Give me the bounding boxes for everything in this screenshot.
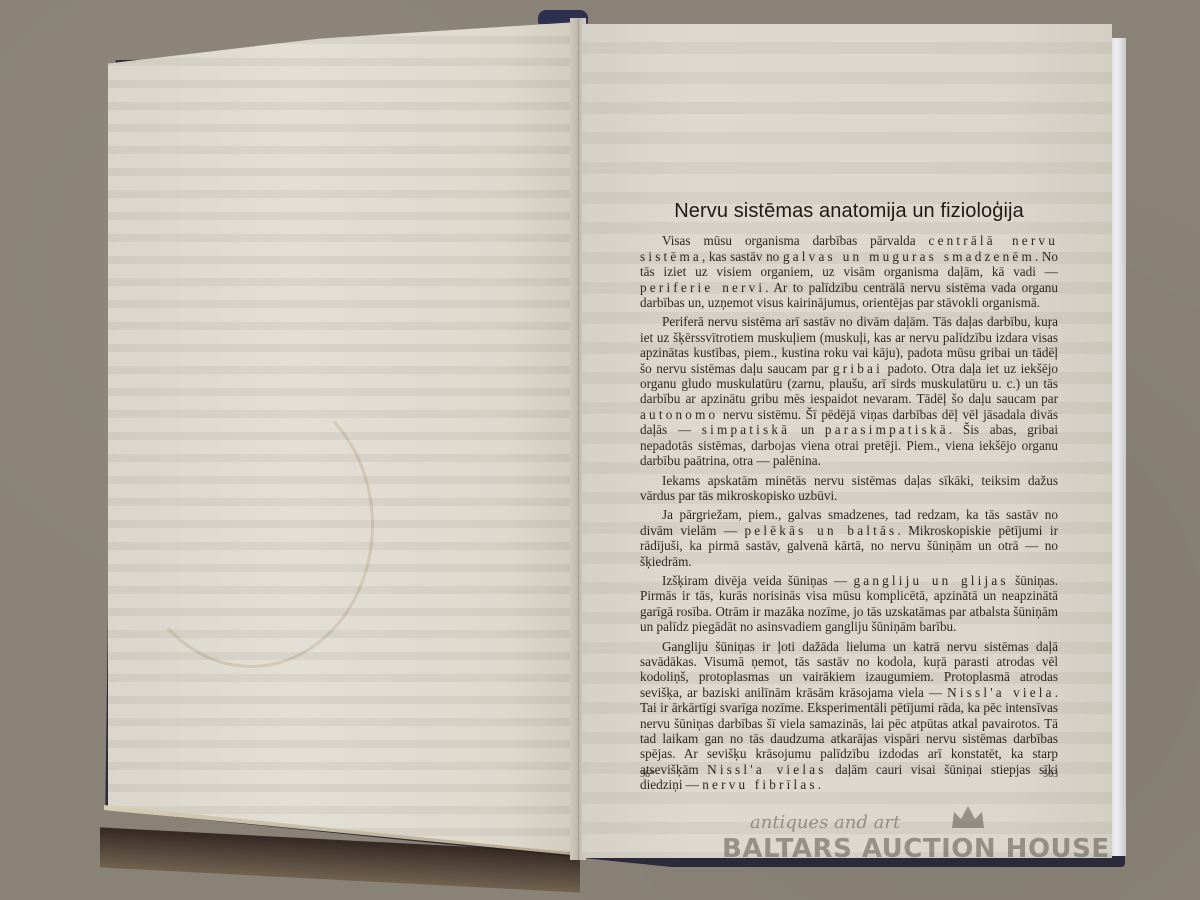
left-page-blank [108,22,578,852]
emphasized-term: periferie nervi [640,280,765,295]
page-footer: 36* 563 [640,769,1058,780]
watermark: antiques and art BALTARS AUCTION HOUSE [722,808,1122,863]
paragraph: Ja pārgriežam, piem., galvas smadzenes, … [640,507,1058,569]
paragraph: Visas mūsu organisma darbības pārvalda c… [640,233,1058,310]
chapter-title: Nervu sistēmas anatomija un fizioloģija [640,204,1058,219]
paragraph: Periferā nervu sistēma arī sastāv no div… [640,314,1058,468]
body-text: Visas mūsu organisma darbības pārvalda c… [640,233,1058,792]
emphasized-term: gangliju un glijas [853,573,1008,588]
page-content: Nervu sistēmas anatomija un fizioloģija … [640,204,1058,793]
signature-mark: 36* [640,769,655,780]
emphasized-term: gribai [833,361,883,376]
page-number: 563 [1043,769,1058,780]
emphasized-term: galvas un muguras smadzenēm [783,249,1035,264]
watermark-tagline: antiques and art [750,812,900,833]
paragraph: Izšķiram divēja veida šūniņas — gangliju… [640,573,1058,635]
right-page: Nervu sistēmas anatomija un fizioloģija … [582,24,1112,858]
text-run: Izšķiram divēja veida šūniņas — [662,573,853,588]
text-run: Visas mūsu organisma darbības pārvalda [662,233,929,248]
water-stain [128,382,374,668]
text-run: , kas sastāv no [702,249,783,264]
emphasized-term: parasimpatiskā [825,422,949,437]
watermark-name: BALTARS AUCTION HOUSE [722,834,1110,864]
emphasized-term: Nissl'a viela [947,685,1055,700]
paragraph: Iekams apskatām minētās nervu sistēmas d… [640,473,1058,504]
crown-icon [950,804,986,830]
emphasized-term: simpatiskā [702,422,790,437]
text-run: Iekams apskatām minētās nervu sistēmas d… [640,473,1058,503]
text-run: un [790,422,825,437]
emphasized-term: pelēkās un baltās [745,523,898,538]
emphasized-term: autonomo [640,407,718,422]
